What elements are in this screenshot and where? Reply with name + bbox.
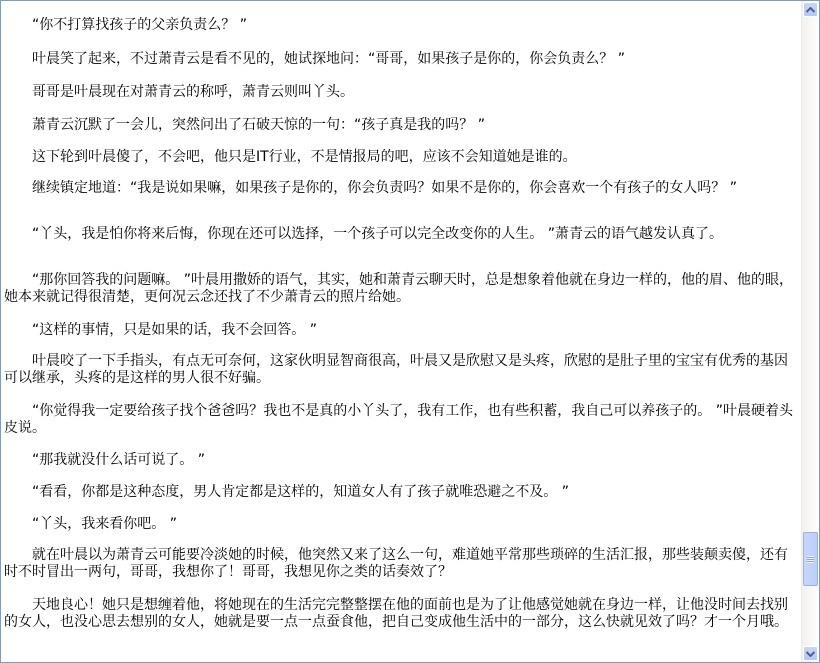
paragraph: “这样的事情，只是如果的话，我不会回答。 ” [4, 322, 796, 339]
vertical-scrollbar[interactable] [801, 1, 819, 662]
scroll-down-button[interactable] [803, 646, 818, 661]
document-window: “你不打算找孩子的父亲负责么？ ” 叶晨笑了起来，不过萧青云是看不见的，她试探地… [0, 0, 820, 663]
paragraph: 继续镇定地道：“我是说如果嘛，如果孩子是你的，你会负责吗？如果不是你的，你会喜欢… [4, 180, 796, 197]
paragraph: 就在叶晨以为萧青云可能要冷淡她的时候，他突然又来了这么一句，难道她平常那些琐碎的… [4, 547, 796, 581]
paragraph: “你觉得我一定要给孩子找个爸爸吗？我也不是真的小丫头了，我有工作，也有些积蓄，我… [4, 403, 796, 437]
chevron-up-icon [806, 7, 815, 13]
paragraph: 这下轮到叶晨傻了，不会吧，他只是IT行业，不是情报局的吧，应该不会知道她是谁的。 [4, 149, 796, 166]
document-content: “你不打算找孩子的父亲负责么？ ” 叶晨笑了起来，不过萧青云是看不见的，她试探地… [4, 1, 799, 662]
scroll-up-button[interactable] [803, 2, 818, 17]
paragraph: “那你回答我的问题嘛。 ”叶晨用撒娇的语气，其实，她和萧青云聊天时，总是想象着他… [4, 272, 796, 306]
grip-icon [807, 556, 814, 563]
paragraph: 萧青云沉默了一会儿，突然问出了石破天惊的一句：“孩子真是我的吗？ ” [4, 117, 796, 134]
scrollbar-thumb[interactable] [803, 532, 818, 586]
paragraph: “丫头，我是怕你将来后悔，你现在还可以选择，一个孩子可以完全改变你的人生。 ”萧… [4, 226, 796, 243]
paragraph: 天地良心！她只是想缠着他，将她现在的生活完完整整摆在他的面前也是为了让他感觉她就… [4, 597, 796, 631]
paragraph: 叶晨笑了起来，不过萧青云是看不见的，她试探地问：“哥哥，如果孩子是你的，你会负责… [4, 51, 796, 68]
paragraph: 叶晨咬了一下手指头，有点无可奈何，这家伙明显智商很高，叶晨又是欣慰又是头疼，欣慰… [4, 353, 796, 387]
paragraph: “你不打算找孩子的父亲负责么？ ” [4, 17, 796, 34]
chevron-down-icon [806, 651, 815, 657]
paragraph: “丫头，我来看你吧。 ” [4, 516, 796, 533]
paragraph: “看看，你都是这种态度，男人肯定都是这样的，知道女人有了孩子就唯恐避之不及。 ” [4, 484, 796, 501]
paragraph: 哥哥是叶晨现在对萧青云的称呼，萧青云则叫丫头。 [4, 84, 796, 101]
paragraph: “那我就没什么话可说了。 ” [4, 452, 796, 469]
